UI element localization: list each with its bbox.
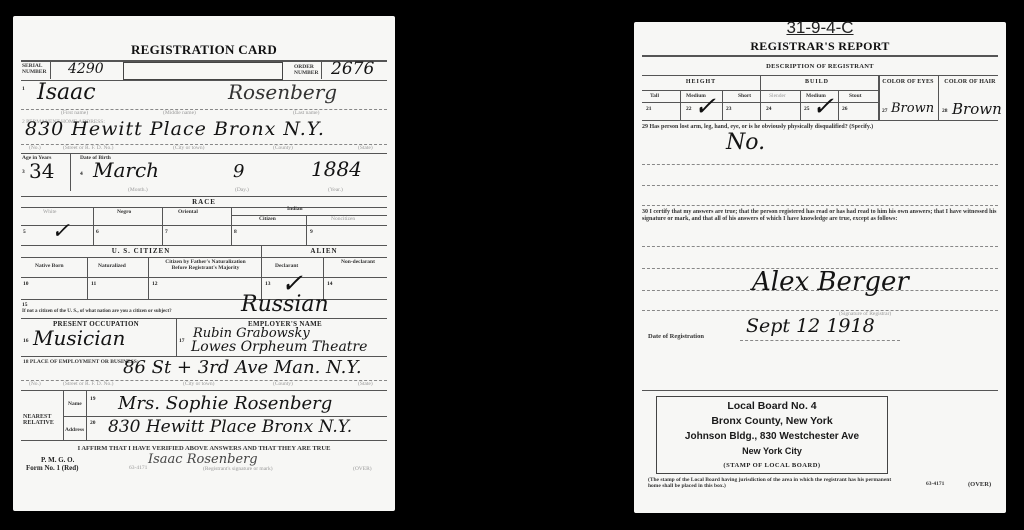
certification-text: 30 I certify that my answers are true; t… — [642, 209, 998, 223]
field-number: 26 — [842, 106, 848, 112]
field-number: 19 — [90, 396, 96, 402]
order-number: 2676 — [331, 59, 374, 79]
field-number: 28 — [942, 108, 948, 114]
divider — [21, 390, 387, 391]
hair-color: Brown — [952, 100, 1002, 118]
divider — [878, 75, 880, 120]
divider — [642, 102, 878, 103]
divider — [642, 75, 998, 76]
first-name: Isaac — [37, 80, 96, 105]
field-number: 7 — [165, 229, 168, 235]
relative-address-label: Address — [65, 428, 84, 434]
divider — [642, 90, 878, 91]
field-number: 8 — [234, 229, 237, 235]
divider — [21, 440, 387, 441]
signature-label: (Registrant's signature or mark) — [203, 467, 273, 473]
height-tall-label: Tall — [650, 94, 659, 100]
nation: Russian — [241, 292, 329, 317]
divider — [740, 340, 900, 341]
registrar-signature: Alex Berger — [752, 267, 909, 297]
disqualification-question: 29 Has person lost arm, leg, hand, eye, … — [642, 124, 998, 130]
field-number: 10 — [23, 281, 29, 287]
blank-box — [123, 62, 283, 80]
employment-place: 86 St + 3rd Ave Man. N.Y. — [123, 357, 362, 378]
stamp-line: Local Board No. 4 — [657, 399, 887, 414]
build-stout-label: Stout — [849, 94, 862, 100]
race-noncitizen-label: Noncitizen — [331, 217, 355, 223]
occupation: Musician — [33, 326, 125, 350]
sublabel: (Month.) — [128, 188, 148, 194]
hair-heading: COLOR OF HAIR — [940, 79, 1000, 85]
last-name: Rosenberg — [228, 80, 337, 104]
divider — [680, 90, 681, 120]
height-short-label: Short — [738, 94, 751, 100]
over-label: (OVER) — [968, 482, 991, 489]
field-number: 12 — [152, 281, 158, 287]
race-citizen-label: Citizen — [259, 217, 276, 223]
divider — [306, 215, 307, 245]
registration-card-front: REGISTRATION CARD SERIAL NUMBER 4290 ORD… — [13, 16, 395, 511]
registrant-signature: Isaac Rosenberg — [148, 452, 258, 467]
divider — [21, 299, 387, 300]
divider — [50, 61, 51, 79]
order-number-label: ORDER NUMBER — [294, 65, 322, 77]
sublabel: (State) — [358, 146, 373, 152]
divider — [760, 75, 761, 120]
divider — [162, 207, 163, 245]
relative-address: 830 Hewitt Place Bronx N.Y. — [108, 417, 352, 437]
employment-place-label: 18 PLACE OF EMPLOYMENT OR BUSINESS: — [23, 360, 139, 366]
divider — [21, 318, 387, 319]
registration-date: Sept 12 1918 — [746, 315, 875, 337]
divider — [21, 257, 387, 258]
field-number: 17 — [179, 338, 185, 344]
disqualification-answer: No. — [726, 130, 765, 155]
race-white-label: White — [43, 210, 56, 216]
nation-label: If not a citizen of the U. S., of what n… — [22, 309, 172, 314]
divider — [642, 185, 998, 186]
divider — [21, 153, 387, 154]
divider — [800, 90, 801, 120]
field-number: 27 — [882, 108, 888, 114]
form-id-line1: P. M. G. O. — [41, 456, 74, 464]
checkmark-icon: ✓ — [50, 219, 75, 244]
divider — [70, 153, 71, 191]
field-number: 5 — [23, 229, 26, 235]
race-negro-label: Negro — [117, 210, 131, 216]
divider — [321, 61, 322, 79]
divider — [21, 277, 387, 278]
eyes-heading: COLOR OF EYES — [880, 79, 936, 85]
sublabel: (No.) — [29, 146, 41, 152]
over-label: (OVER) — [353, 467, 372, 473]
dob-year: 1884 — [311, 157, 362, 181]
relative-name: Mrs. Sophie Rosenberg — [118, 393, 332, 414]
sublabel: (County) — [273, 382, 293, 388]
divider — [938, 75, 939, 120]
registration-date-label: Date of Registration — [648, 334, 704, 341]
divider — [21, 225, 387, 226]
divider — [642, 310, 998, 311]
divider — [642, 120, 998, 121]
dob-day: 9 — [233, 161, 244, 182]
report-title: REGISTRAR'S REPORT — [634, 39, 1006, 54]
divider — [21, 245, 387, 246]
divider — [722, 90, 723, 120]
field-number: 9 — [310, 229, 313, 235]
divider — [86, 390, 87, 440]
build-slender-label: Slender — [769, 94, 786, 100]
divider — [261, 245, 262, 299]
field-number: 1 — [22, 86, 25, 92]
field-number: 24 — [766, 106, 772, 112]
field-number: 25 — [804, 106, 810, 112]
registrars-report-back: 31-9-4-C REGISTRAR'S REPORT DESCRIPTION … — [634, 22, 1006, 513]
sublabel: (Street or R. F. D. No.) — [63, 146, 113, 152]
card-title: REGISTRATION CARD — [13, 42, 395, 58]
field-number: 23 — [726, 106, 732, 112]
divider — [87, 257, 88, 299]
stamp-line: New York City — [657, 444, 887, 459]
sublabel: (Last name) — [293, 111, 319, 117]
build-heading: BUILD — [760, 79, 874, 85]
description-heading: DESCRIPTION OF REGISTRANT — [634, 63, 1006, 70]
divider — [21, 196, 387, 197]
sublabel: (County) — [273, 146, 293, 152]
divider — [148, 257, 149, 299]
field-number: 16 — [23, 338, 29, 344]
divider — [642, 55, 998, 57]
field-number: 22 — [686, 106, 692, 112]
dob-month: March — [93, 158, 159, 182]
field-number: 6 — [96, 229, 99, 235]
form-code: 63-4171 — [129, 466, 147, 472]
field-number: 3 — [22, 169, 25, 175]
field-number: 4 — [80, 171, 83, 177]
stamp-code: 31-9-4-C — [634, 18, 1006, 38]
citizen-by-father-label: Citizen by Father's Naturalization Befor… — [158, 260, 253, 272]
serial-number: 4290 — [68, 61, 104, 77]
sublabel: (State) — [358, 382, 373, 388]
serial-number-label: SERIAL NUMBER — [22, 64, 48, 76]
sublabel: (Year.) — [328, 188, 343, 194]
naturalized-label: Naturalized — [98, 264, 126, 270]
sublabel: (City or town) — [173, 146, 204, 152]
divider — [642, 164, 998, 165]
divider — [642, 390, 998, 391]
stamp-line: Bronx County, New York — [657, 414, 887, 429]
field-number: 21 — [646, 106, 652, 112]
divider — [642, 205, 998, 206]
divider — [231, 215, 387, 216]
field-number: 14 — [327, 281, 333, 287]
sublabel: (Day.) — [235, 188, 249, 194]
non-declarant-label: Non-declarant — [338, 260, 378, 266]
sublabel: (Middle name) — [163, 111, 196, 117]
us-citizen-heading: U. S. CITIZEN — [21, 247, 261, 255]
sublabel: (City or town) — [183, 382, 214, 388]
race-indian-label: Indian — [287, 207, 303, 213]
field-number: 20 — [90, 420, 96, 426]
sublabel: (First name) — [61, 111, 88, 117]
native-born-label: Native Born — [35, 264, 64, 270]
race-oriental-label: Oriental — [178, 210, 198, 216]
field-number: 11 — [91, 281, 96, 287]
alien-heading: ALIEN — [261, 247, 387, 255]
divider — [63, 390, 64, 440]
divider — [231, 207, 232, 245]
field-number: 13 — [265, 281, 271, 287]
race-heading: RACE — [13, 198, 395, 206]
height-heading: HEIGHT — [642, 79, 760, 85]
sublabel: (Street or R. F. D. No.) — [63, 382, 113, 388]
field-number: 15 — [22, 302, 28, 308]
sublabel: (No.) — [29, 382, 41, 388]
eye-color: Brown — [891, 101, 934, 116]
form-id-line2: Form No. 1 (Red) — [26, 464, 79, 472]
form-code: 63-4171 — [926, 482, 944, 488]
age: 34 — [29, 159, 54, 183]
stamp-line: Johnson Bldg., 830 Westchester Ave — [657, 429, 887, 444]
relative-name-label: Name — [68, 402, 82, 408]
divider — [642, 246, 998, 247]
employer-line2: Lowes Orpheum Theatre — [191, 339, 367, 355]
stamp-caption: (STAMP OF LOCAL BOARD) — [656, 462, 888, 469]
divider — [21, 207, 387, 208]
divider — [93, 207, 94, 245]
divider — [176, 318, 177, 356]
stamp-note: (The stamp of the Local Board having jur… — [648, 478, 898, 490]
home-address: 830 Hewitt Place Bronx N.Y. — [25, 118, 325, 140]
nearest-relative-label: NEAREST RELATIVE — [23, 414, 63, 427]
